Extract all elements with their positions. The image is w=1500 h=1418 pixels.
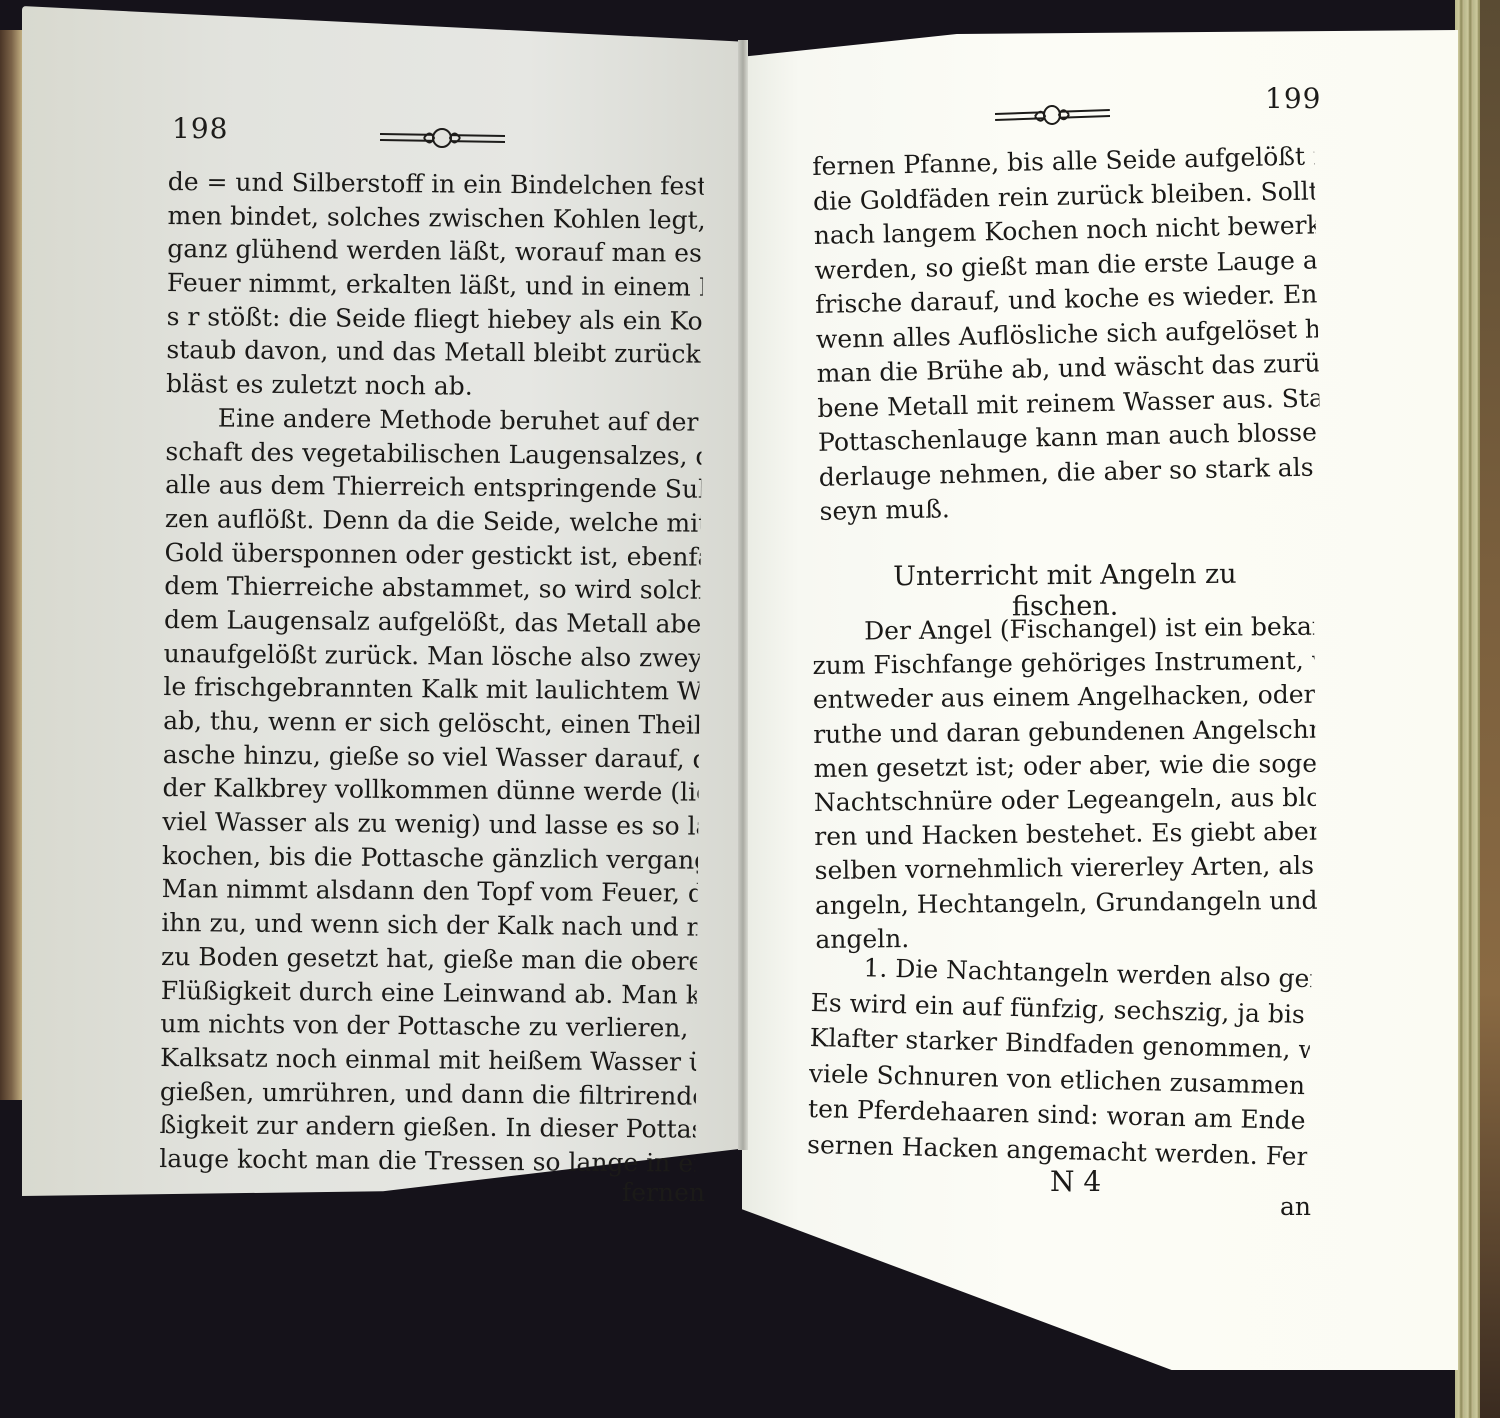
text-line: ßigkeit zur andern gießen. In dieser Pot…	[159, 1108, 695, 1146]
text-line: zen auflößt. Denn da die Seide, welche m…	[165, 502, 701, 540]
text-line: asche hinzu, gieße so viel Wasser darauf…	[163, 738, 699, 776]
left-page-number: 198	[172, 112, 228, 145]
text-line: zum Fischfange gehöriges Instrument, wel…	[812, 644, 1314, 683]
text-line: Kalksatz noch einmal mit heißem Wasser ü…	[160, 1041, 696, 1079]
text-line: Gold übersponnen oder gestickt ist, eben…	[164, 536, 700, 574]
text-line: der Kalkbrey vollkommen dünne werde (lie…	[162, 771, 698, 809]
text-line: viel Wasser als zu wenig) und lasse es s…	[162, 805, 698, 843]
text-line: men bindet, solches zwischen Kohlen legt…	[167, 199, 703, 237]
text-line: ren und Hacken bestehet. Es giebt aber d…	[814, 815, 1316, 854]
text-line: Eine andere Methode beruhet auf der Eige…	[166, 401, 702, 439]
right-catchword: an	[1280, 1192, 1311, 1221]
text-line: ab, thu, wenn er sich gelöscht, einen Th…	[163, 704, 699, 742]
text-line: Nachtschnüre oder Legeangeln, aus bloßen…	[814, 781, 1316, 820]
right-page-body-continued: fernen Pfanne, bis alle Seide aufgelößt …	[812, 139, 1322, 529]
text-line: Flüßigkeit durch eine Leinwand ab. Man k…	[161, 973, 697, 1011]
text-line: bläst es zuletzt noch ab.	[166, 367, 702, 405]
text-line: angeln, Hechtangeln, Grundangeln und Kli…	[815, 883, 1317, 922]
text-line: gießen, umrühren, und dann die filtriren…	[160, 1075, 696, 1113]
text-line: schaft des vegetabilischen Laugensalzes,…	[165, 434, 701, 472]
right-cover-edge	[1480, 0, 1500, 1418]
text-line: Man nimmt alsdann den Topf vom Feuer, de…	[162, 872, 698, 910]
left-catchword: fernen	[622, 1178, 705, 1207]
signature-mark: N 4	[1050, 1165, 1101, 1198]
text-line: de = und Silberstoff in ein Bindelchen f…	[168, 165, 704, 203]
right-page-number: 199	[1265, 82, 1321, 115]
text-line: dem Laugensalz aufgelößt, das Metall abe…	[164, 603, 700, 641]
text-line: ihn zu, und wenn sich der Kalk nach und …	[161, 906, 697, 944]
text-line: le frischgebrannten Kalk mit laulichtem …	[163, 670, 699, 708]
right-page-numbered-paragraph: 1. Die Nachtangeln werden also gemacht. …	[807, 950, 1312, 1175]
text-line: unaufgelößt zurück. Man lösche also zwey…	[164, 637, 700, 675]
text-line: dem Thierreiche abstammet, so wird solch…	[164, 569, 700, 607]
book-gutter	[738, 40, 748, 1150]
text-line: s r stößt: die Seide fliegt hiebey als e…	[167, 300, 703, 338]
right-page-section-intro: Der Angel (Fischangel) ist ein bekanntes…	[812, 610, 1318, 957]
text-line: ruthe und daran gebundenen Angelschnur z…	[813, 712, 1315, 751]
text-line: staub davon, und das Metall bleibt zurüc…	[166, 333, 702, 371]
header-ornament-icon	[995, 103, 1110, 129]
text-line: selben vornehmlich viererley Arten, als …	[815, 849, 1317, 888]
left-page-body: de = und Silberstoff in ein Bindelchen f…	[159, 165, 704, 1180]
text-line: men gesetzt ist; oder aber, wie die soge…	[813, 746, 1315, 785]
text-line: ganz glühend werden läßt, worauf man es …	[167, 232, 703, 270]
text-line: entweder aus einem Angelhacken, oder Ang…	[813, 678, 1315, 717]
header-ornament-icon	[380, 126, 505, 150]
text-line: um nichts von der Pottasche zu verlieren…	[160, 1007, 696, 1045]
text-line: zu Boden gesetzt hat, gieße man die ober…	[161, 940, 697, 978]
text-line: lauge kocht man die Tressen so lange in …	[159, 1142, 695, 1180]
text-line: Der Angel (Fischangel) ist ein bekanntes	[812, 610, 1314, 649]
text-line: alle aus dem Thierreich entspringende Su…	[165, 468, 701, 506]
text-line: kochen, bis die Pottasche gänzlich verga…	[162, 839, 698, 877]
text-line: Feuer nimmt, erkalten läßt, und in einem…	[167, 266, 703, 304]
book-photo: 198 de = und Silberstoff in ein Bindelch…	[0, 0, 1500, 1418]
